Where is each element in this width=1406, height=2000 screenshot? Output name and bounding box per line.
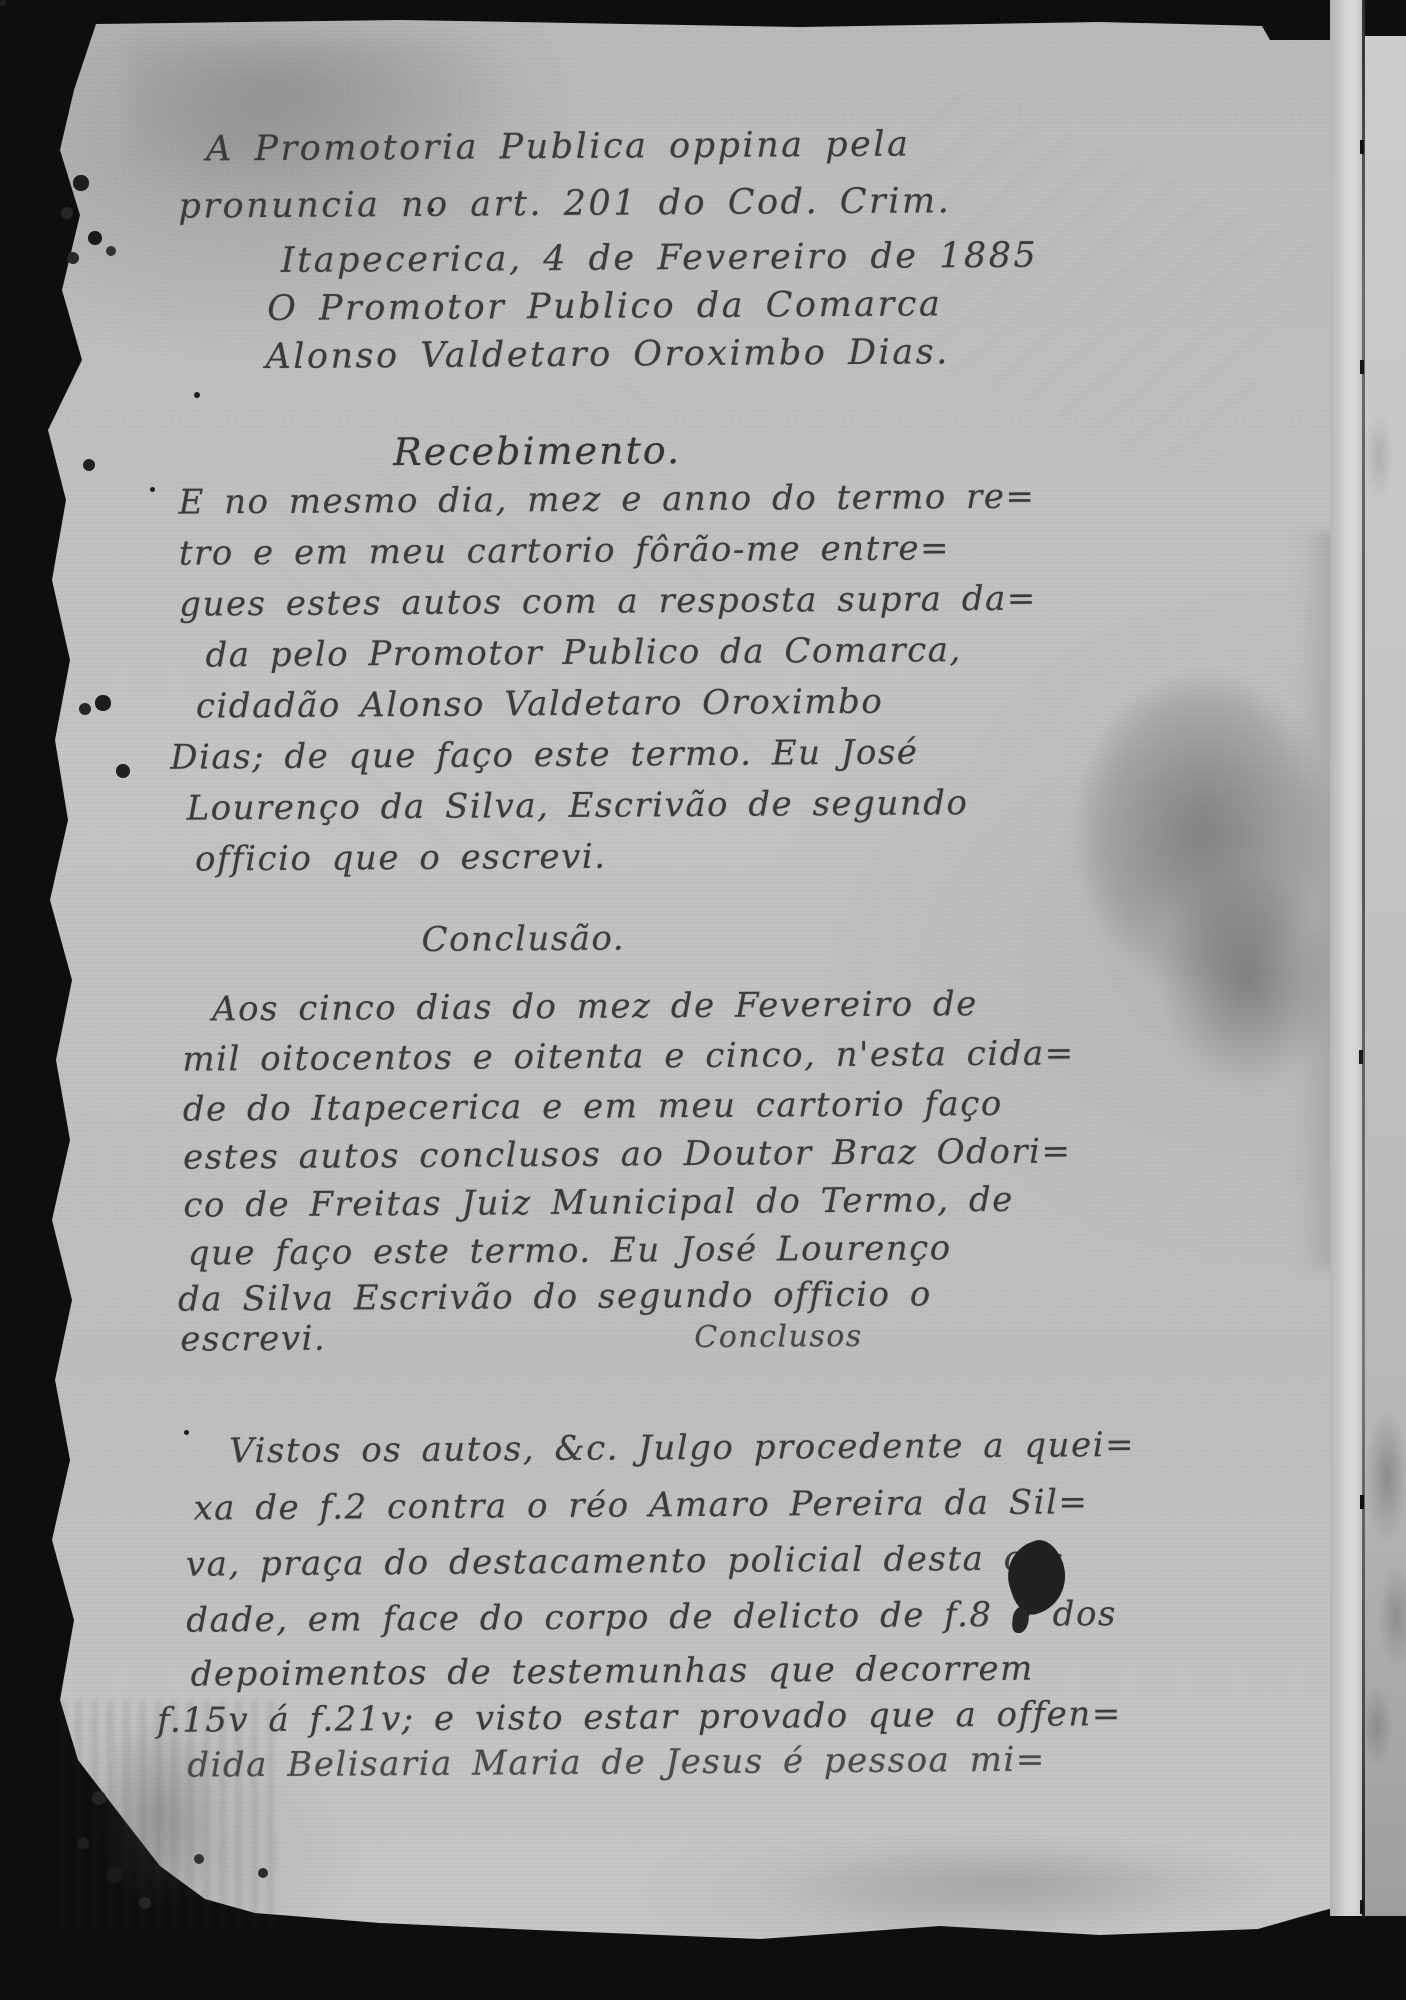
section-heading-conclusao: Conclusão. [421,919,625,960]
manuscript-line: dade, em face do corpo de delicto de f.8… [186,1594,1117,1640]
manuscript-line: Itapecerica, 4 de Fevereiro de 1885 [281,236,1039,281]
manuscript-line: co de Freitas Juiz Municipal do Termo, d… [183,1180,1014,1226]
manuscript-line: pronuncia no art. 201 do Cod. Crim. [178,181,951,226]
section-heading-recebimento: Recebimento. [393,428,681,474]
manuscript-line: Lourenço da Silva, Escrivão de segundo [187,783,969,828]
manuscript-line: tro e em meu cartorio fôrão-me entre= [179,528,950,573]
manuscript-line: estes autos conclusos ao Doutor Braz Odo… [183,1131,1072,1177]
manuscript-line: xa de f.2 contra o réo Amaro Pereira da … [193,1482,1088,1528]
manuscript-line: A Promotoria Publica oppina pela [206,125,911,170]
manuscript-line: da pelo Promotor Publico da Comarca, [205,630,961,675]
manuscript-line: de do Itapecerica e em meu cartorio faço [183,1084,1003,1130]
scanned-manuscript-canvas: A Promotoria Publica oppina pela pronunc… [0,0,1406,2000]
handwriting-layer: A Promotoria Publica oppina pela pronunc… [0,0,1406,2000]
conclusos-annotation: Conclusos [694,1319,863,1355]
manuscript-line: O Promotor Publico da Comarca [267,284,942,329]
manuscript-line: gues estes autos com a resposta supra da… [179,579,1037,625]
manuscript-line: Aos cinco dias do mez de Fevereiro de [212,984,978,1029]
manuscript-line: Vistos os autos, &c. Julgo procedente a … [229,1425,1135,1471]
manuscript-line: E no mesmo dia, mez e anno do termo re= [178,477,1035,523]
manuscript-line: mil oitocentos e oitenta e cinco, n'esta… [182,1033,1075,1079]
manuscript-line: dida Belisaria Maria de Jesus é pessoa m… [187,1740,1046,1786]
manuscript-line: Alonso Valdetaro Oroximbo Dias. [265,332,950,377]
manuscript-line: escrevi. [180,1319,326,1360]
manuscript-line: da Silva Escrivão do segundo officio o [178,1274,932,1319]
manuscript-line: f.15v á f.21v; e visto estar provado que… [157,1694,1122,1741]
facing-page-edge [1365,36,1406,1916]
binding-stitch-marks [1360,140,1364,154]
manuscript-line: va, praça do destacamento policial desta… [186,1538,1067,1584]
manuscript-line: que faço este termo. Eu José Lourenço [188,1228,952,1273]
binding-fold-highlight [1330,0,1364,1916]
manuscript-line: cidadão Alonso Valdetaro Oroximbo [196,682,884,727]
manuscript-line: officio que o escrevi. [195,837,607,880]
manuscript-line: Dias; de que faço este termo. Eu José [170,732,918,777]
manuscript-line: depoimentos de testemunhas que decorrem [191,1649,1034,1695]
